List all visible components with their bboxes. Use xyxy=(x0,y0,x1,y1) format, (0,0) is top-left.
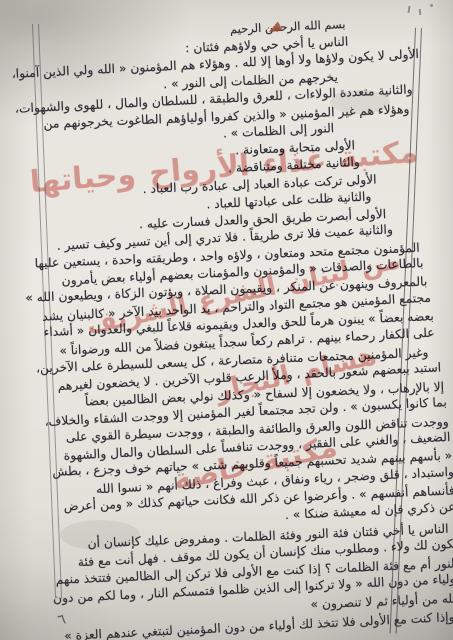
scanned-manuscript-page: بسم الله الرحمن الرحيم الناس يا أخي حي و… xyxy=(0,0,453,640)
manuscript-lines: الناس يا أخي حي ولاؤهم فئتان :الأولى لا … xyxy=(14,29,453,640)
pencil-mark xyxy=(430,4,433,7)
pencil-mark xyxy=(419,9,422,15)
manuscript-text: بسم الله الرحمن الرحيم الناس يا أخي حي و… xyxy=(13,12,453,640)
